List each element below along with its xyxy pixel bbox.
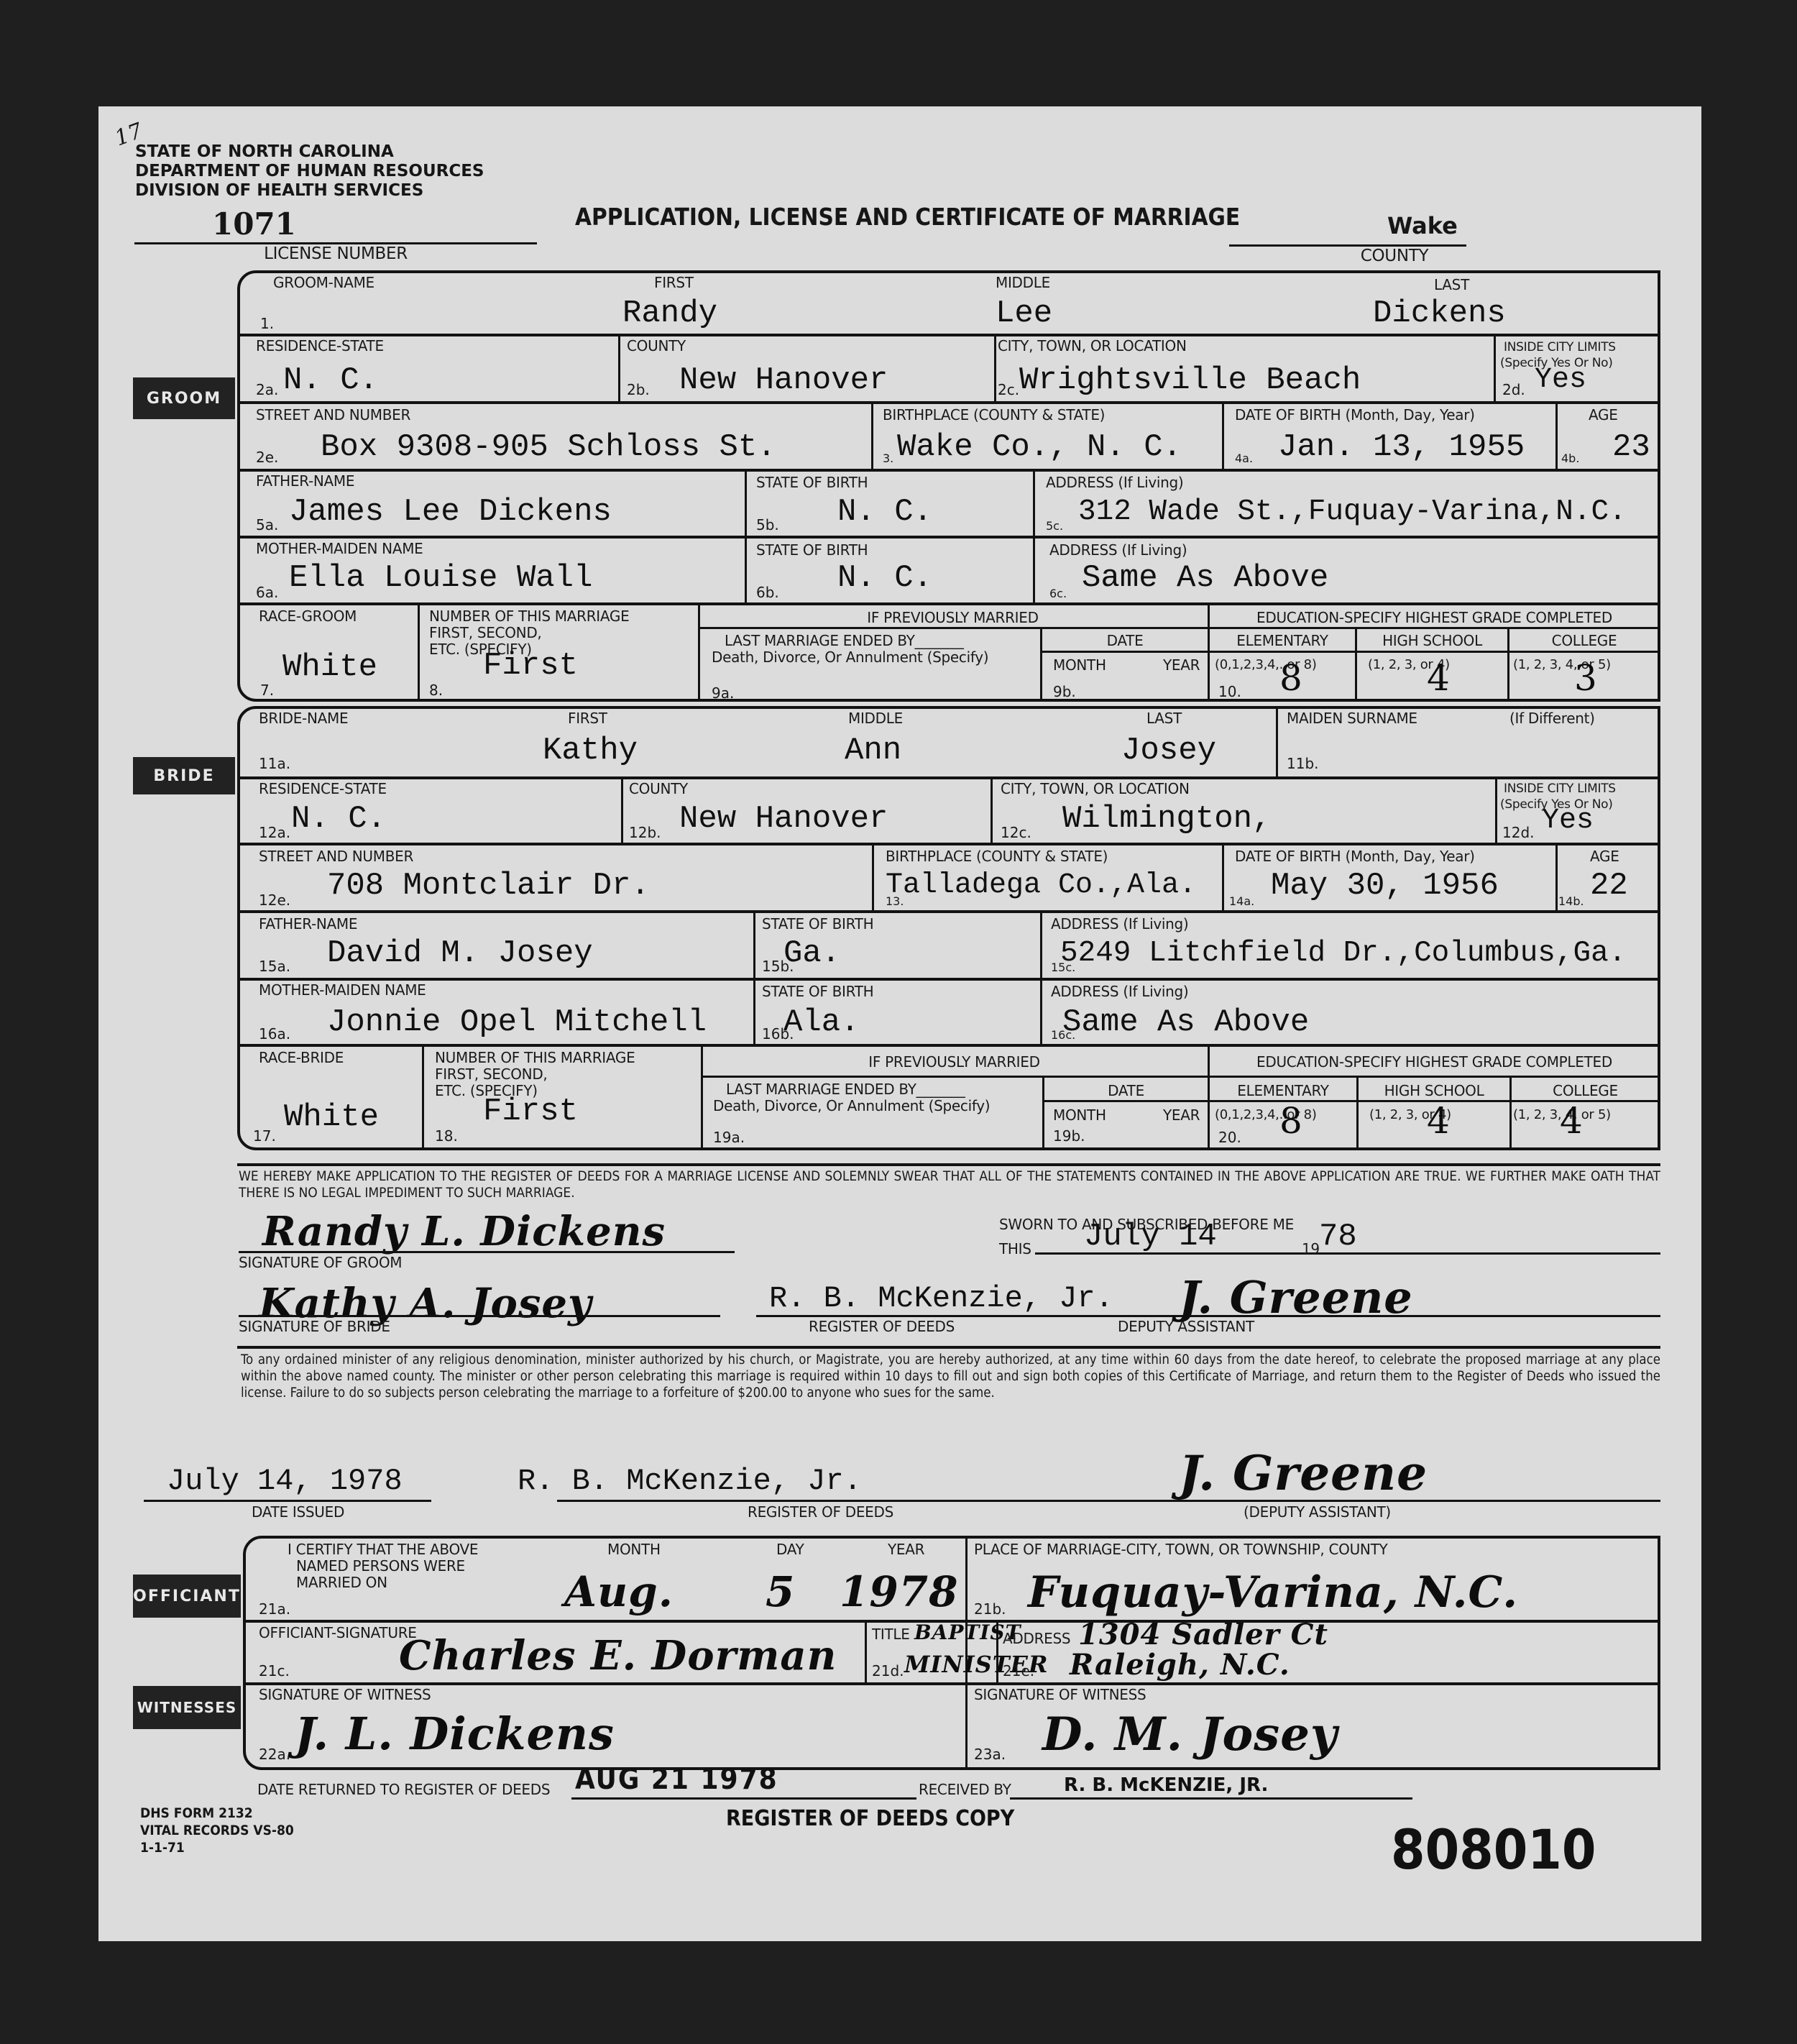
groom-dob: Jan. 13, 1955 [1278, 430, 1525, 464]
item-number: 2d. [1502, 381, 1525, 398]
groom-birthplace-label: BIRTHPLACE (COUNTY & STATE) [883, 407, 1105, 423]
bride-month-label: MONTH [1053, 1107, 1106, 1123]
item-number: 7. [260, 682, 274, 699]
bride-date-label: DATE [1044, 1083, 1208, 1099]
witness-1-label: SIGNATURE OF WITNESS [259, 1687, 431, 1702]
groom-father-state: N. C. [837, 495, 932, 529]
bride-row-divider [239, 776, 1659, 779]
bride-elementary-label: ELEMENTARY [1210, 1083, 1356, 1099]
bride-father-state-label: STATE OF BIRTH [762, 916, 873, 932]
item-number: 21a. [259, 1600, 290, 1618]
returned-label: DATE RETURNED TO REGISTER OF DEEDS [257, 1782, 550, 1797]
item-number: 14a. [1229, 894, 1254, 908]
bride-inside-city-label: INSIDE CITY LIMITS [1504, 782, 1616, 796]
groom-prev-married-label: IF PREVIOUSLY MARRIED [698, 610, 1208, 625]
item-number: 12d. [1502, 824, 1535, 841]
bride-name-label: BRIDE-NAME [259, 710, 348, 726]
groom-middle-label: MIDDLE [996, 275, 1050, 290]
officiant-address-label: ADDRESS [1003, 1631, 1070, 1646]
copy-label: REGISTER OF DEEDS COPY [726, 1806, 1014, 1831]
groom-age-label: AGE [1589, 407, 1618, 423]
county-label: COUNTY [1229, 248, 1560, 264]
license-deputy-label: (DEPUTY ASSISTANT) [1244, 1504, 1391, 1520]
item-number: 5b. [756, 516, 779, 533]
item-number: 12c. [1001, 824, 1031, 841]
bride-dob: May 30, 1956 [1271, 869, 1499, 903]
bride-college-label: COLLEGE [1512, 1083, 1659, 1099]
col-divider [865, 1623, 867, 1682]
col-divider [991, 778, 993, 843]
century-label: 19 [1302, 1241, 1320, 1257]
county-line [1229, 244, 1466, 247]
groom-race: White [282, 650, 377, 684]
bride-high-school-grade: 4 [1427, 1100, 1451, 1142]
col-divider [745, 470, 747, 602]
groom-mother-name: Ella Louise Wall [289, 561, 592, 595]
item-number: 15a. [259, 958, 290, 975]
item-number: 10. [1218, 683, 1241, 700]
item-number: 2c. [998, 381, 1019, 398]
groom-age: 23 [1612, 430, 1650, 464]
bride-last-ended-label: LAST MARRIAGE ENDED BY_______ [726, 1081, 965, 1097]
form-identifier: DHS FORM 2132 VITAL RECORDS VS-80 1-1-71 [140, 1805, 294, 1856]
groom-mother-address: Same As Above [1082, 561, 1328, 595]
married-year: 1978 [840, 1567, 958, 1616]
item-number: 6b. [756, 584, 779, 601]
certificate-row-divider [245, 1682, 1658, 1685]
groom-mother-label: MOTHER-MAIDEN NAME [256, 541, 423, 556]
vital-records-code: VITAL RECORDS VS-80 [140, 1822, 294, 1839]
col-divider [1276, 709, 1278, 776]
bride-birthplace-label: BIRTHPLACE (COUNTY & STATE) [886, 848, 1108, 864]
groom-elementary-label: ELEMENTARY [1210, 633, 1355, 649]
bride-county-label: COUNTY [629, 781, 688, 797]
col-divider [1494, 335, 1496, 401]
bride-mother-address: Same As Above [1062, 1005, 1309, 1040]
bride-marriage-number: First [483, 1094, 578, 1129]
bride-row-divider [239, 910, 1659, 913]
col-divider [871, 403, 873, 469]
groom-birthplace: Wake Co., N. C. [897, 430, 1182, 464]
license-number: 1071 [212, 206, 296, 242]
groom-month-label: MONTH [1053, 657, 1106, 673]
item-number: 4b. [1561, 452, 1579, 465]
groom-row-divider [239, 469, 1659, 472]
agency-line-division: DIVISION OF HEALTH SERVICES [135, 181, 484, 201]
item-number: 3. [883, 452, 893, 465]
groom-signature-label: SIGNATURE OF GROOM [239, 1255, 402, 1270]
license-register-label: REGISTER OF DEEDS [748, 1504, 893, 1520]
col-divider [994, 335, 996, 401]
item-number: 21b. [974, 1600, 1006, 1618]
col-divider [621, 778, 623, 843]
col-divider [1222, 403, 1224, 469]
item-number: 11a. [259, 755, 290, 772]
item-number: 12a. [259, 824, 290, 841]
groom-street-label: STREET AND NUMBER [256, 407, 410, 423]
groom-row-divider [239, 401, 1659, 404]
witnesses-tab: WITNESSES [133, 1686, 241, 1729]
item-number: 22a. [259, 1746, 290, 1763]
bride-year-label: YEAR [1163, 1107, 1200, 1123]
item-number: 2e. [256, 449, 278, 466]
col-divider [753, 912, 755, 1044]
received-by-label: RECEIVED BY [919, 1782, 1011, 1797]
item-number: 9a. [712, 684, 734, 702]
this-label: THIS [999, 1241, 1031, 1257]
bride-last-ended-hint: Death, Divorce, Or Annulment (Specify) [713, 1098, 990, 1114]
groom-city-label: CITY, TOWN, OR LOCATION [998, 338, 1187, 354]
groom-year-label: YEAR [1163, 657, 1200, 673]
bride-age: 22 [1590, 869, 1628, 903]
item-number: 21d. [872, 1662, 904, 1679]
bride-maiden-label: MAIDEN SURNAME [1287, 710, 1417, 726]
bride-father-name: David M. Josey [327, 936, 593, 971]
groom-residence-state-label: RESIDENCE-STATE [256, 338, 384, 354]
col-divider [1495, 778, 1497, 843]
item-number: 2b. [627, 381, 650, 398]
bride-father-address-label: ADDRESS (If Living) [1051, 916, 1188, 932]
groom-county-label: COUNTY [627, 338, 686, 354]
col-divider [1040, 912, 1042, 1044]
application-register-label: REGISTER OF DEEDS [809, 1319, 955, 1334]
married-day-label: DAY [776, 1541, 804, 1557]
date-issued-line [144, 1500, 431, 1502]
place-of-marriage: Fuquay-Varina, N.C. [1028, 1567, 1518, 1618]
bride-mother-label: MOTHER-MAIDEN NAME [259, 982, 426, 998]
bride-race-label: RACE-BRIDE [259, 1050, 344, 1065]
groom-street: Box 9308-905 Schloss St. [321, 430, 776, 464]
certify-label: I CERTIFY THAT THE ABOVE [288, 1541, 478, 1557]
officiant-tab: OFFICIANT [133, 1575, 241, 1618]
form-number: DHS FORM 2132 [140, 1805, 294, 1822]
groom-signature: Randy L. Dickens [262, 1208, 666, 1255]
bride-maiden-hint: (If Different) [1509, 710, 1595, 726]
cell-divider [1040, 651, 1659, 653]
agency-line-department: DEPARTMENT OF HUMAN RESOURCES [135, 162, 484, 181]
groom-college-grade: 3 [1574, 657, 1598, 699]
officiant-address-line-2: Raleigh, N.C. [1070, 1648, 1290, 1682]
groom-last-label: LAST [1434, 277, 1469, 293]
bride-city: Wilmington, [1062, 802, 1271, 836]
bride-county: New Hanover [679, 802, 888, 836]
bride-mother-name: Jonnie Opel Mitchell [327, 1005, 707, 1040]
section-divider [237, 1346, 1660, 1349]
groom-last-name: Dickens [1373, 296, 1506, 331]
bride-father-state: Ga. [783, 936, 840, 971]
groom-middle-name: Lee [996, 296, 1052, 331]
officiant-address-line-1: 1304 Sadler Ct [1078, 1618, 1328, 1651]
groom-race-label: RACE-GROOM [259, 608, 357, 624]
col-divider [872, 844, 874, 910]
bride-first-label: FIRST [568, 710, 607, 726]
groom-date-label: DATE [1042, 633, 1208, 649]
bride-race: White [284, 1100, 379, 1135]
item-number: 19b. [1053, 1127, 1085, 1145]
bride-father-label: FATHER-NAME [259, 916, 357, 932]
married-year-label: YEAR [888, 1541, 924, 1557]
item-number: 5a. [256, 516, 278, 533]
bride-marriage-number-label: NUMBER OF THIS MARRIAGE [435, 1050, 635, 1065]
groom-name-label: GROOM-NAME [273, 275, 374, 290]
groom-elementary-grade: 8 [1279, 657, 1303, 699]
authorization-text: To any ordained minister of any religiou… [241, 1352, 1660, 1401]
item-number: 12e. [259, 892, 290, 909]
col-divider [618, 335, 620, 401]
groom-college-label: COLLEGE [1509, 633, 1659, 649]
bride-mother-address-label: ADDRESS (If Living) [1051, 984, 1188, 999]
item-number: 20. [1218, 1129, 1241, 1146]
col-divider [965, 1685, 968, 1767]
certify-label: NAMED PERSONS WERE [296, 1558, 465, 1574]
bride-row-divider [239, 1044, 1659, 1047]
bride-age-label: AGE [1590, 848, 1619, 864]
bride-residence-state-label: RESIDENCE-STATE [259, 781, 387, 797]
item-number: 11b. [1287, 755, 1319, 772]
officiant-signature: Charles E. Dorman [399, 1632, 837, 1679]
item-number: 6a. [256, 584, 278, 601]
officiant-title-label: TITLE [872, 1626, 910, 1642]
item-number: 1. [260, 315, 274, 332]
witness-2-signature: D. M. Josey [1042, 1708, 1338, 1761]
col-divider [418, 604, 420, 700]
witness-2-label: SIGNATURE OF WITNESS [974, 1687, 1146, 1702]
groom-high-school-label: HIGH SCHOOL [1357, 633, 1507, 649]
item-number: 4a. [1235, 452, 1253, 465]
item-number: 5c. [1046, 519, 1063, 533]
groom-county: New Hanover [679, 363, 888, 398]
sworn-year: 78 [1319, 1219, 1357, 1254]
groom-residence-state: N. C. [283, 363, 378, 398]
groom-city: Wrightsville Beach [1019, 363, 1361, 398]
bride-signature-line [239, 1315, 720, 1317]
groom-inside-city-label: INSIDE CITY LIMITS [1504, 341, 1616, 354]
certificate-number: 808010 [1391, 1818, 1596, 1882]
item-number: 2a. [256, 381, 278, 398]
groom-father-address-label: ADDRESS (If Living) [1046, 475, 1183, 490]
married-month: Aug. [564, 1567, 674, 1616]
groom-father-name: James Lee Dickens [289, 495, 612, 529]
bride-city-label: CITY, TOWN, OR LOCATION [1001, 781, 1190, 797]
place-label: PLACE OF MARRIAGE-CITY, TOWN, OR TOWNSHI… [974, 1541, 1387, 1557]
application-deputy-signature: J. Greene [1179, 1271, 1413, 1324]
item-number: 21c. [259, 1662, 290, 1679]
groom-row-divider [239, 536, 1659, 539]
groom-marriage-number-hint: FIRST, SECOND, [429, 625, 541, 641]
col-divider [1555, 403, 1558, 469]
item-number: 12b. [629, 824, 661, 841]
bride-prev-married-label: IF PREVIOUSLY MARRIED [701, 1054, 1208, 1070]
groom-tab: GROOM [133, 377, 235, 419]
date-issued: July 14, 1978 [167, 1464, 403, 1498]
bride-middle-label: MIDDLE [848, 710, 903, 726]
bride-street-label: STREET AND NUMBER [259, 848, 413, 864]
item-number: 19a. [713, 1129, 745, 1146]
bride-tab: BRIDE [133, 757, 235, 794]
item-number: 9b. [1053, 683, 1076, 700]
col-divider [422, 1045, 424, 1149]
item-number: 14b. [1558, 894, 1584, 908]
agency-block: STATE OF NORTH CAROLINA DEPARTMENT OF HU… [135, 142, 484, 201]
groom-first-name: Randy [622, 296, 717, 331]
item-number: 18. [435, 1127, 458, 1145]
returned-line [571, 1797, 916, 1800]
bride-mother-state-label: STATE OF BIRTH [762, 984, 873, 999]
groom-marriage-number-label: NUMBER OF THIS MARRIAGE [429, 608, 629, 624]
groom-row-divider [239, 334, 1659, 336]
groom-marriage-number: First [483, 649, 578, 683]
bride-birthplace: Talladega Co.,Ala. [886, 869, 1196, 903]
bride-inside-city: Yes [1542, 804, 1594, 838]
bride-dob-label: DATE OF BIRTH (Month, Day, Year) [1235, 848, 1475, 864]
bride-last-label: LAST [1146, 710, 1182, 726]
groom-father-state-label: STATE OF BIRTH [756, 475, 868, 490]
bride-row-divider [239, 843, 1659, 845]
groom-education-label: EDUCATION-SPECIFY HIGHEST GRADE COMPLETE… [1210, 610, 1659, 625]
groom-first-label: FIRST [654, 275, 694, 290]
groom-mother-state-label: STATE OF BIRTH [756, 542, 868, 558]
bride-first-name: Kathy [543, 733, 638, 768]
married-day: 5 [766, 1567, 795, 1616]
date-issued-label: DATE ISSUED [252, 1504, 344, 1520]
col-divider [1033, 470, 1035, 602]
bride-residence-state: N. C. [291, 802, 386, 836]
col-divider [1555, 844, 1558, 910]
bride-last-name: Josey [1121, 733, 1216, 768]
certify-label: MARRIED ON [296, 1575, 387, 1590]
section-divider [237, 1163, 1660, 1166]
item-number: 6c. [1049, 587, 1067, 600]
item-number: 17. [253, 1127, 276, 1145]
groom-father-label: FATHER-NAME [256, 473, 354, 489]
bride-mother-state: Ala. [783, 1005, 860, 1040]
groom-signature-line [239, 1251, 735, 1253]
license-number-label: LICENSE NUMBER [134, 246, 537, 262]
document-title: APPLICATION, LICENSE AND CERTIFICATE OF … [575, 203, 1240, 231]
groom-mother-address-label: ADDRESS (If Living) [1049, 542, 1187, 558]
application-deputy-label: DEPUTY ASSISTANT [1118, 1319, 1254, 1334]
bride-row-divider [239, 978, 1659, 981]
groom-row-divider [239, 602, 1659, 605]
bride-education-label: EDUCATION-SPECIFY HIGHEST GRADE COMPLETE… [1210, 1054, 1659, 1070]
groom-high-school-grade: 4 [1427, 657, 1451, 699]
item-number: 23a. [974, 1746, 1006, 1763]
license-deputy-signature: J. Greene [1179, 1445, 1428, 1501]
agency-line-state: STATE OF NORTH CAROLINA [135, 142, 484, 162]
bride-street: 708 Montclair Dr. [327, 869, 650, 903]
cell-divider [701, 1076, 1659, 1078]
item-number: 21e. [1003, 1662, 1034, 1679]
received-by-line [1010, 1797, 1412, 1800]
bride-marriage-number-hint: FIRST, SECOND, [435, 1066, 547, 1082]
groom-last-ended-label: LAST MARRIAGE ENDED BY_______ [725, 633, 964, 649]
groom-last-ended-hint: Death, Divorce, Or Annulment (Specify) [712, 649, 988, 665]
witness-1-signature: J. L. Dickens [295, 1708, 615, 1760]
bride-father-address: 5249 Litchfield Dr.,Columbus,Ga. [1060, 936, 1626, 971]
bride-elementary-grade: 8 [1279, 1100, 1303, 1142]
bride-signature-label: SIGNATURE OF BRIDE [239, 1319, 390, 1334]
col-divider [1222, 844, 1224, 910]
application-register-name: R. B. McKenzie, Jr. [769, 1281, 1113, 1316]
item-number: 16a. [259, 1025, 290, 1042]
county-value: Wake [1387, 212, 1458, 239]
groom-inside-city: Yes [1535, 363, 1586, 398]
bride-high-school-label: HIGH SCHOOL [1359, 1083, 1509, 1099]
oath-text: WE HEREBY MAKE APPLICATION TO THE REGIST… [239, 1168, 1660, 1201]
cell-divider [698, 627, 1659, 629]
form-revision-date: 1-1-71 [140, 1839, 294, 1856]
officiant-signature-label: OFFICIANT-SIGNATURE [259, 1625, 417, 1641]
item-number: 8. [429, 682, 443, 699]
license-register-line [557, 1500, 1660, 1502]
groom-mother-state: N. C. [837, 561, 932, 595]
returned-date-stamp: AUG 21 1978 [575, 1763, 778, 1796]
received-by-stamp: R. B. McKENZIE, JR. [1064, 1774, 1268, 1796]
bride-college-grade: 4 [1560, 1100, 1584, 1142]
license-register-name: R. B. McKenzie, Jr. [518, 1464, 862, 1498]
groom-dob-label: DATE OF BIRTH (Month, Day, Year) [1235, 407, 1475, 423]
bride-middle-name: Ann [845, 733, 901, 768]
sworn-date: July 14 [1084, 1219, 1217, 1254]
groom-father-address: 312 Wade St.,Fuquay-Varina,N.C. [1078, 495, 1627, 529]
married-month-label: MONTH [607, 1541, 661, 1557]
